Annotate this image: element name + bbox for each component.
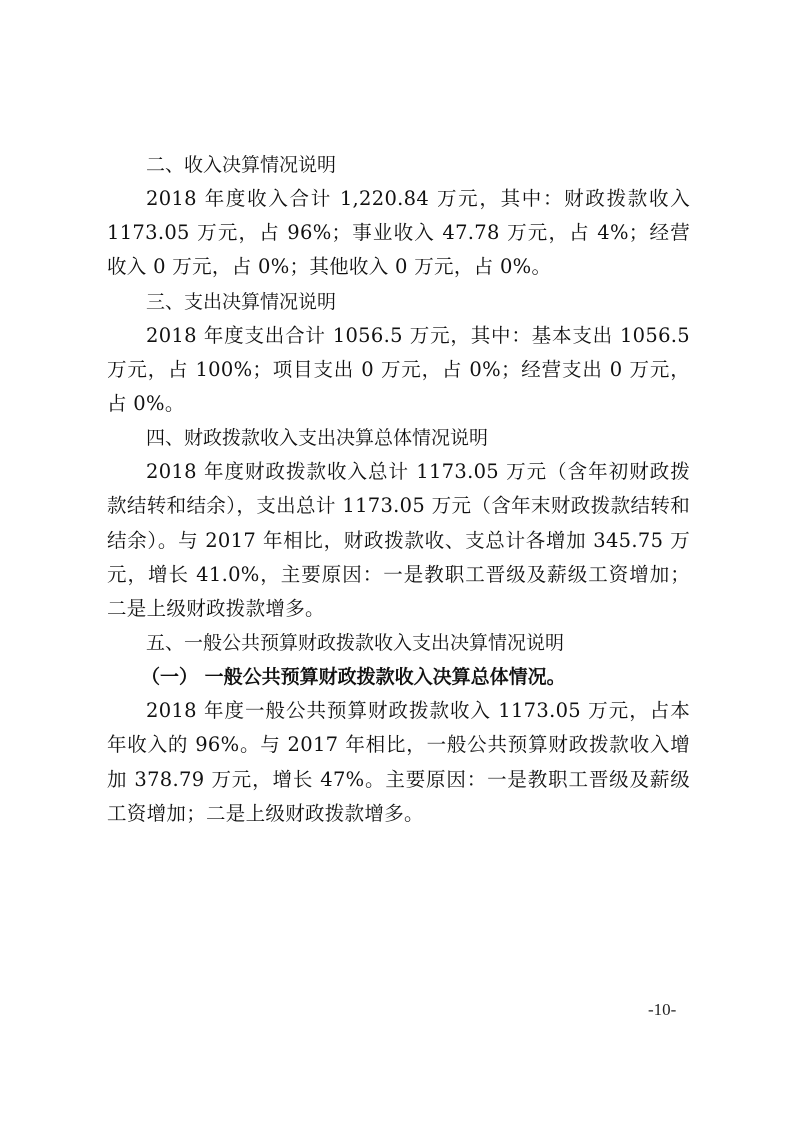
section-heading: 二、收入决算情况说明 (107, 148, 690, 182)
section-general-budget: 五、一般公共预算财政拨款收入支出决算情况说明 （一） 一般公共预算财政拨款收入决… (107, 626, 690, 831)
section-fiscal-allocation: 四、财政拨款收入支出决算总体情况说明 2018 年度财政拨款收入总计 1173.… (107, 421, 690, 626)
section-heading: 五、一般公共预算财政拨款收入支出决算情况说明 (107, 626, 690, 660)
document-body: 二、收入决算情况说明 2018 年度收入合计 1,220.84 万元，其中：财政… (107, 148, 690, 831)
section-heading: 三、支出决算情况说明 (107, 285, 690, 319)
section-expenditure: 三、支出决算情况说明 2018 年度支出合计 1056.5 万元，其中：基本支出… (107, 285, 690, 422)
section-paragraph: 2018 年度一般公共预算财政拨款收入 1173.05 万元，占本年收入的 96… (107, 694, 690, 831)
document-page: 二、收入决算情况说明 2018 年度收入合计 1,220.84 万元，其中：财政… (0, 0, 793, 1122)
section-paragraph: 2018 年度财政拨款收入总计 1173.05 万元（含年初财政拨款结转和结余）… (107, 455, 690, 626)
section-paragraph: 2018 年度支出合计 1056.5 万元，其中：基本支出 1056.5 万元，… (107, 319, 690, 422)
section-heading: 四、财政拨款收入支出决算总体情况说明 (107, 421, 690, 455)
page-number: -10- (648, 1000, 676, 1020)
section-paragraph: 2018 年度收入合计 1,220.84 万元，其中：财政拨款收入 1173.0… (107, 182, 690, 285)
section-income: 二、收入决算情况说明 2018 年度收入合计 1,220.84 万元，其中：财政… (107, 148, 690, 285)
section-subheading: （一） 一般公共预算财政拨款收入决算总体情况。 (107, 660, 690, 694)
